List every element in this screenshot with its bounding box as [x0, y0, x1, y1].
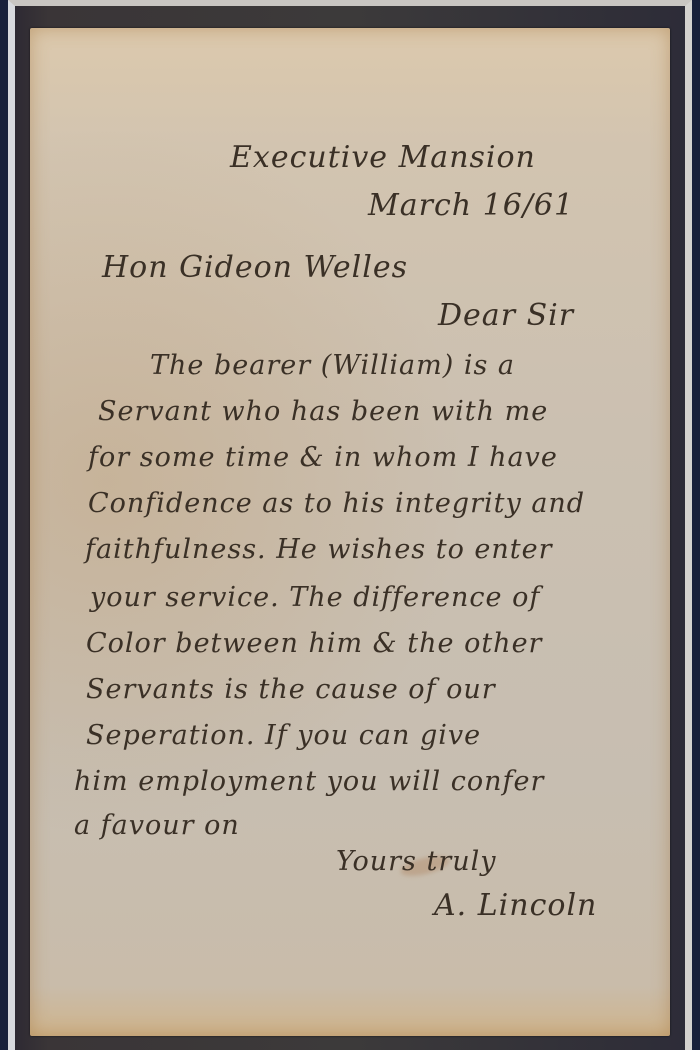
- letter-heading-place: Executive Mansion: [230, 140, 536, 175]
- letter-body-line: Confidence as to his integrity and: [88, 488, 585, 519]
- letter-greeting: Dear Sir: [438, 298, 574, 333]
- letter-body-line: Servant who has been with me: [98, 396, 548, 427]
- letter-body-line: The bearer (William) is a: [150, 350, 515, 381]
- letter-body-line: your service. The difference of: [90, 582, 540, 613]
- letter-paper: Executive Mansion March 16/61 Hon Gideon…: [30, 28, 670, 1036]
- letter-body-line: Seperation. If you can give: [86, 720, 481, 751]
- letter-closing: Yours truly: [336, 846, 497, 877]
- letter-body-line: for some time & in whom I have: [88, 442, 558, 473]
- letter-signature: A. Lincoln: [434, 888, 597, 923]
- letter-body-line: him employment you will confer: [74, 766, 544, 797]
- letter-body-line: faithfulness. He wishes to enter: [85, 534, 553, 565]
- letter-body-line: a favour on: [74, 810, 240, 841]
- letter-body-line: Servants is the cause of our: [86, 674, 496, 705]
- letter-body-line: Color between him & the other: [86, 628, 542, 659]
- letter-heading-date: March 16/61: [368, 188, 574, 223]
- letter-addressee: Hon Gideon Welles: [102, 250, 408, 285]
